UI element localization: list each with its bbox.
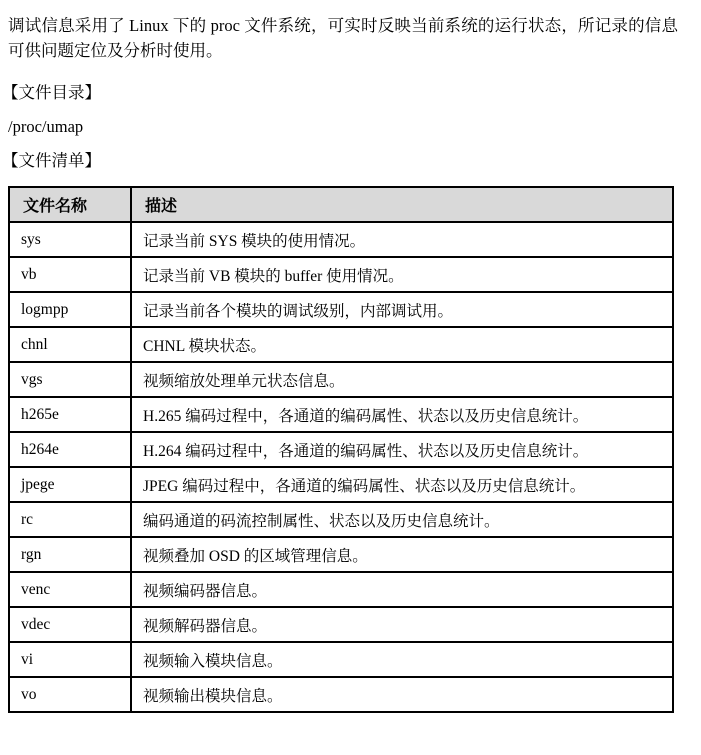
- cell-description: 视频输出模块信息。: [131, 677, 673, 712]
- cell-file-name: vgs: [9, 362, 131, 397]
- cell-file-name: vo: [9, 677, 131, 712]
- table-row: rgn 视频叠加 OSD 的区域管理信息。: [9, 537, 673, 572]
- intro-paragraph: 调试信息采用了 Linux 下的 proc 文件系统，可实时反映当前系统的运行状…: [8, 14, 678, 63]
- table-row: vdec 视频解码器信息。: [9, 607, 673, 642]
- cell-description: 视频缩放处理单元状态信息。: [131, 362, 673, 397]
- table-row: vgs 视频缩放处理单元状态信息。: [9, 362, 673, 397]
- cell-description: 视频解码器信息。: [131, 607, 673, 642]
- cell-file-name: sys: [9, 222, 131, 257]
- cell-description: 视频输入模块信息。: [131, 642, 673, 677]
- table-row: vi 视频输入模块信息。: [9, 642, 673, 677]
- cell-file-name: h265e: [9, 397, 131, 432]
- cell-description: 记录当前 VB 模块的 buffer 使用情况。: [131, 257, 673, 292]
- table-row: venc 视频编码器信息。: [9, 572, 673, 607]
- table-row: vo 视频输出模块信息。: [9, 677, 673, 712]
- table-row: vb 记录当前 VB 模块的 buffer 使用情况。: [9, 257, 673, 292]
- cell-description: CHNL 模块状态。: [131, 327, 673, 362]
- table-row: h265e H.265 编码过程中，各通道的编码属性、状态以及历史信息统计。: [9, 397, 673, 432]
- table-row: chnl CHNL 模块状态。: [9, 327, 673, 362]
- table-header-row: 文件名称 描述: [9, 187, 673, 222]
- cell-description: 记录当前 SYS 模块的使用情况。: [131, 222, 673, 257]
- table-row: logmpp 记录当前各个模块的调试级别，内部调试用。: [9, 292, 673, 327]
- table-header-description: 描述: [131, 187, 673, 222]
- file-table: 文件名称 描述 sys 记录当前 SYS 模块的使用情况。 vb 记录当前 VB…: [8, 186, 674, 713]
- cell-file-name: chnl: [9, 327, 131, 362]
- table-header-file-name: 文件名称: [9, 187, 131, 222]
- cell-description: H.265 编码过程中，各通道的编码属性、状态以及历史信息统计。: [131, 397, 673, 432]
- cell-description: 视频叠加 OSD 的区域管理信息。: [131, 537, 673, 572]
- cell-file-name: vb: [9, 257, 131, 292]
- cell-description: 编码通道的码流控制属性、状态以及历史信息统计。: [131, 502, 673, 537]
- cell-description: 视频编码器信息。: [131, 572, 673, 607]
- cell-file-name: rgn: [9, 537, 131, 572]
- cell-file-name: venc: [9, 572, 131, 607]
- table-row: sys 记录当前 SYS 模块的使用情况。: [9, 222, 673, 257]
- cell-file-name: h264e: [9, 432, 131, 467]
- cell-file-name: rc: [9, 502, 131, 537]
- cell-file-name: logmpp: [9, 292, 131, 327]
- section-heading-file-directory: 【文件目录】: [2, 83, 701, 103]
- cell-file-name: vi: [9, 642, 131, 677]
- table-row: jpege JPEG 编码过程中，各通道的编码属性、状态以及历史信息统计。: [9, 467, 673, 502]
- document-page: 调试信息采用了 Linux 下的 proc 文件系统，可实时反映当前系统的运行状…: [0, 0, 701, 755]
- cell-file-name: vdec: [9, 607, 131, 642]
- file-path: /proc/umap: [8, 117, 701, 137]
- section-heading-file-list: 【文件清单】: [2, 151, 701, 171]
- table-row: rc 编码通道的码流控制属性、状态以及历史信息统计。: [9, 502, 673, 537]
- table-row: h264e H.264 编码过程中，各通道的编码属性、状态以及历史信息统计。: [9, 432, 673, 467]
- cell-description: 记录当前各个模块的调试级别，内部调试用。: [131, 292, 673, 327]
- cell-file-name: jpege: [9, 467, 131, 502]
- cell-description: JPEG 编码过程中，各通道的编码属性、状态以及历史信息统计。: [131, 467, 673, 502]
- cell-description: H.264 编码过程中，各通道的编码属性、状态以及历史信息统计。: [131, 432, 673, 467]
